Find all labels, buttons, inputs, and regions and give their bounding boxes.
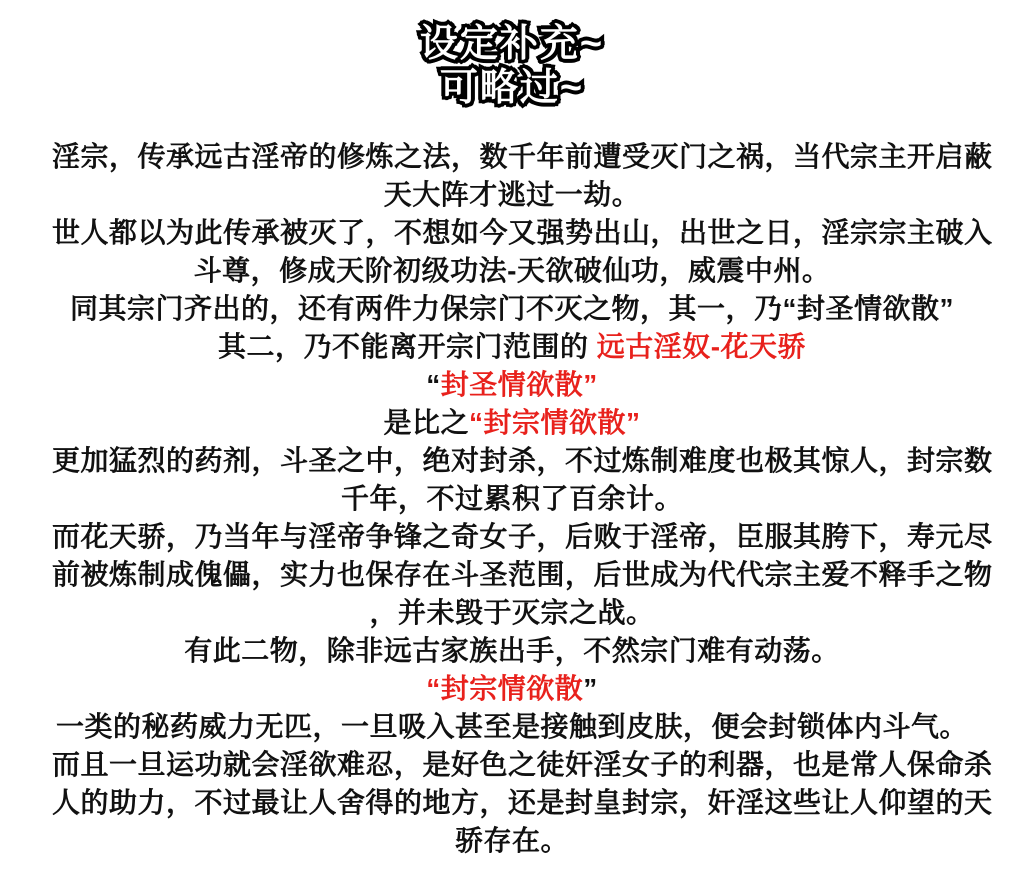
body-text-segment: ” [583,673,598,704]
text-line: 世人都以为此传承被灭了，不想如今又强势出山，出世之日，淫宗宗主破入 [52,214,972,252]
body-text-segment: 前被炼制成傀儡，实力也保存在斗圣范围，后世成为代代宗主爱不释手之物 [52,559,993,590]
text-line: 淫宗，传承远古淫帝的修炼之法，数千年前遭受灭门之祸，当代宗主开启蔽 [52,138,972,176]
text-line: 其二，乃不能离开宗门范围的 远古淫奴-花天骄 [52,328,972,366]
body-text-segment: 淫宗，传承远古淫帝的修炼之法，数千年前遭受灭门之祸，当代宗主开启蔽 [52,141,993,172]
body-text-segment: 其二，乃不能离开宗门范围的 [218,331,597,362]
body-text-segment: 斗尊，修成天阶初级功法-天欲破仙功，威震中州。 [194,255,831,286]
body-text-segment: 有此二物，除非远古家族出手，不然宗门难有动荡。 [184,635,840,666]
highlight-text-segment: “封宗情欲散 [426,673,583,704]
text-line: 同其宗门齐出的，还有两件力保宗门不灭之物，其一，乃“封圣情欲散” [52,290,972,328]
page-title-line-2: 可略过~ [0,66,1024,110]
text-line: ，并未毁于灭宗之战。 [52,594,972,632]
body-text-segment: 一类的秘药威力无匹，一旦吸入甚至是接触到皮肤，便会封锁体内斗气。 [56,711,968,742]
text-line: 更加猛烈的药剂，斗圣之中，绝对封杀，不过炼制难度也极其惊人，封宗数 [52,442,972,480]
text-line: 而花天骄，乃当年与淫帝争锋之奇女子，后败于淫帝，臣服其胯下，寿元尽 [52,518,972,556]
body-text-segment: 而且一旦运功就会淫欲难忍，是好色之徒奸淫女子的利器，也是常人保命杀 [52,749,993,780]
text-line: 前被炼制成傀儡，实力也保存在斗圣范围，后世成为代代宗主爱不释手之物 [52,556,972,594]
text-line: “封宗情欲散” [52,670,972,708]
text-line: 是比之“封宗情欲散” [52,404,972,442]
highlight-text-segment: 远古淫奴-花天骄 [597,331,806,362]
body-text-segment: 天大阵才逃过一劫。 [384,179,641,210]
body-text-segment: 人的助力，不过最让人舍得的地方，还是封皇封宗，奸淫这些让人仰望的天 [52,787,993,818]
body-text-segment: ，并未毁于灭宗之战。 [369,597,654,628]
body-text-segment: 千年，不过累积了百余计。 [341,483,683,514]
document-page: 设定补充~ 可略过~ 淫宗，传承远古淫帝的修炼之法，数千年前遭受灭门之祸，当代宗… [0,0,1024,873]
body-text-segment: 更加猛烈的药剂，斗圣之中，绝对封杀，不过炼制难度也极其惊人，封宗数 [52,445,993,476]
highlight-text-segment: “封宗情欲散” [469,407,641,438]
body-text-segment: 骄存在。 [455,825,569,856]
highlight-text-segment: 封圣情欲散” [441,369,598,400]
body-text: 淫宗，传承远古淫帝的修炼之法，数千年前遭受灭门之祸，当代宗主开启蔽天大阵才逃过一… [0,138,1024,860]
text-line: “封圣情欲散” [52,366,972,404]
text-line: 人的助力，不过最让人舍得的地方，还是封皇封宗，奸淫这些让人仰望的天 [52,784,972,822]
text-line: 一类的秘药威力无匹，一旦吸入甚至是接触到皮肤，便会封锁体内斗气。 [52,708,972,746]
page-title: 设定补充~ 可略过~ [0,22,1024,110]
body-text-segment: 同其宗门齐出的，还有两件力保宗门不灭之物，其一，乃“封圣情欲散” [70,293,954,324]
text-line: 而且一旦运功就会淫欲难忍，是好色之徒奸淫女子的利器，也是常人保命杀 [52,746,972,784]
text-line: 千年，不过累积了百余计。 [52,480,972,518]
page-title-line-1: 设定补充~ [0,22,1024,66]
body-text-segment: “ [426,369,441,400]
text-line: 天大阵才逃过一劫。 [52,176,972,214]
text-line: 斗尊，修成天阶初级功法-天欲破仙功，威震中州。 [52,252,972,290]
text-line: 有此二物，除非远古家族出手，不然宗门难有动荡。 [52,632,972,670]
body-text-segment: 而花天骄，乃当年与淫帝争锋之奇女子，后败于淫帝，臣服其胯下，寿元尽 [52,521,993,552]
body-text-segment: 世人都以为此传承被灭了，不想如今又强势出山，出世之日，淫宗宗主破入 [52,217,993,248]
text-line: 骄存在。 [52,822,972,860]
body-text-segment: 是比之 [383,407,469,438]
